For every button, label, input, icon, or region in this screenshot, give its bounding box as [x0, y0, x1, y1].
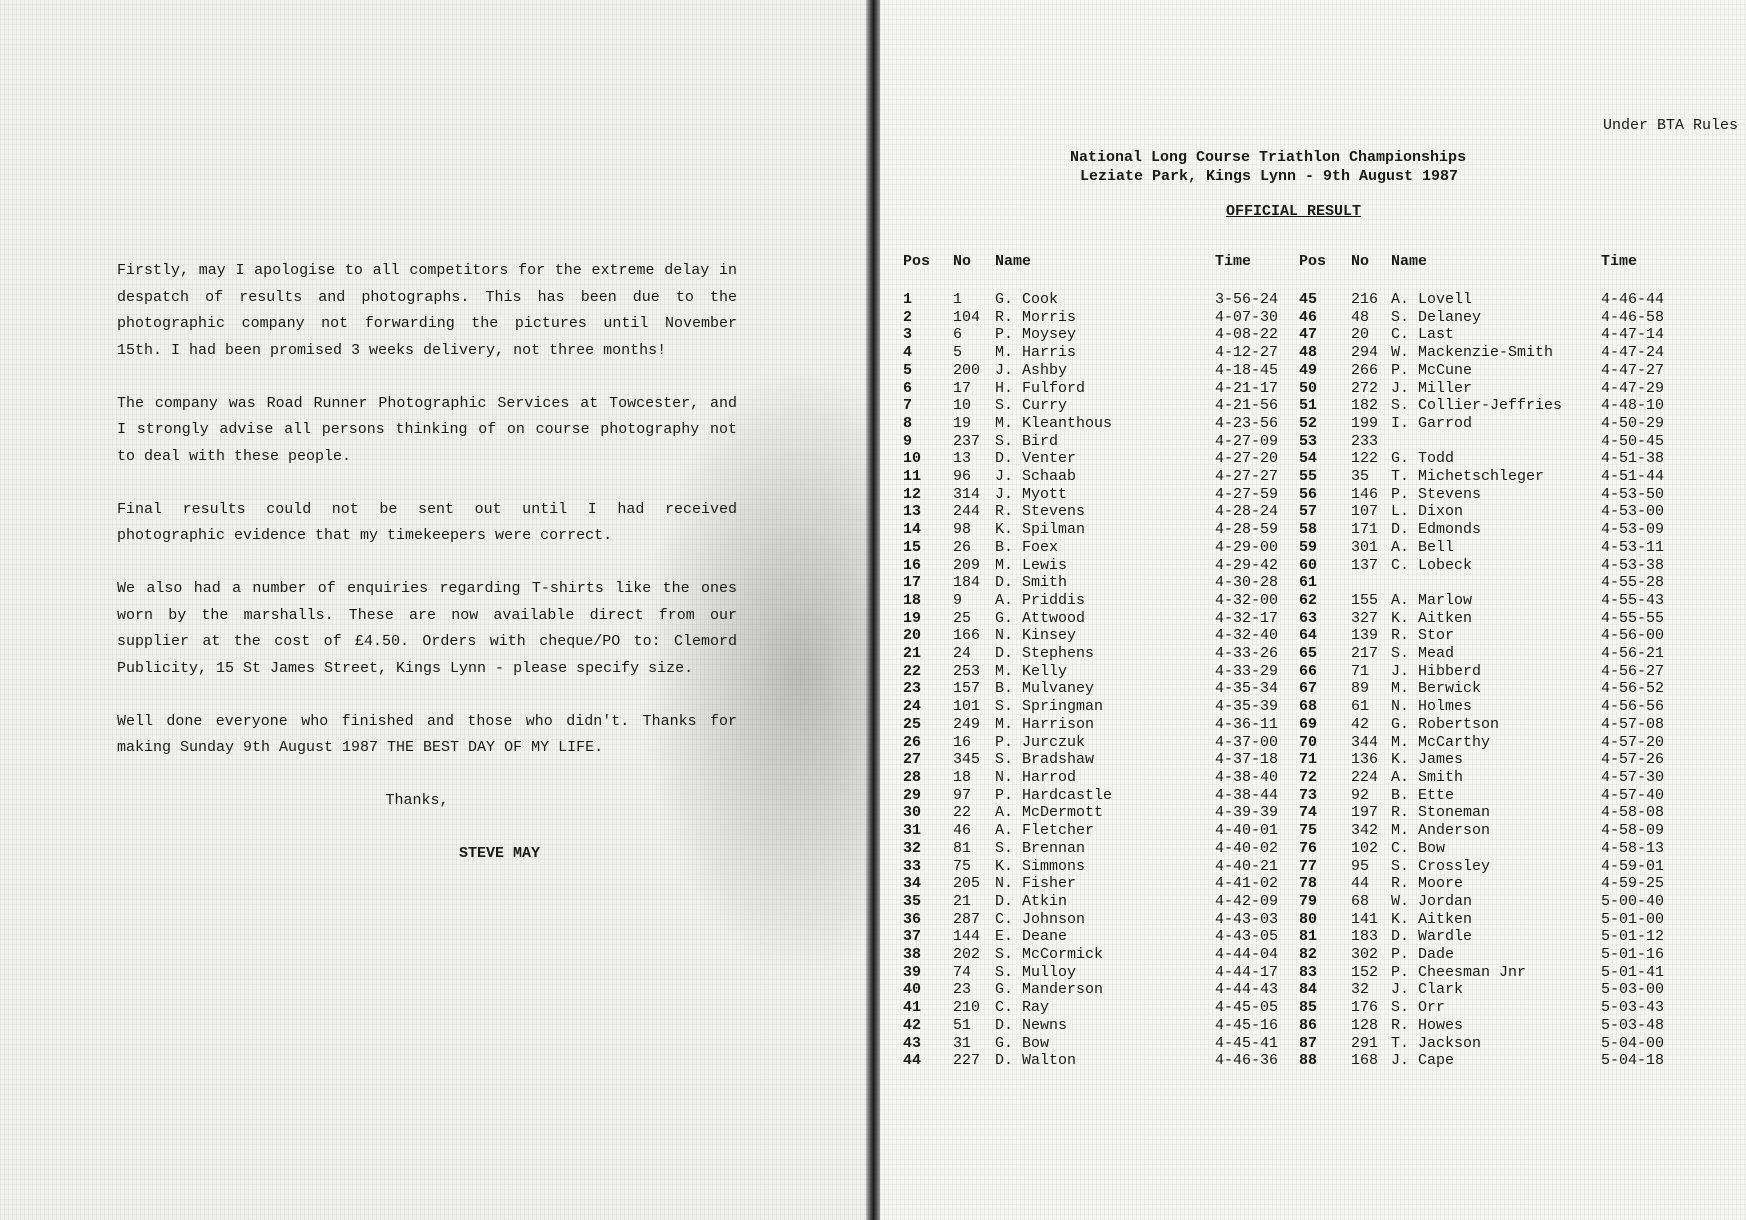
result-time: 4-37-18 [1215, 751, 1299, 769]
result-pos: 58 [1299, 521, 1351, 539]
result-pos: 5 [903, 362, 953, 380]
results-heading: National Long Course Triathlon Champions… [1070, 148, 1466, 186]
result-pos: 17 [903, 574, 953, 592]
result-time: 4-32-40 [1215, 627, 1299, 645]
result-pos: 31 [903, 822, 953, 840]
result-time: 5-01-00 [1601, 911, 1681, 929]
result-no: 75 [953, 858, 995, 876]
result-pos: 30 [903, 804, 953, 822]
result-pos: 63 [1299, 610, 1351, 628]
table-row: 13244R. Stevens4-28-2457107L. Dixon4-53-… [903, 503, 1681, 521]
table-row: 37144E. Deane4-43-0581183D. Wardle5-01-1… [903, 928, 1681, 946]
result-time: 5-00-40 [1601, 893, 1681, 911]
result-pos: 39 [903, 964, 953, 982]
result-no: 342 [1351, 822, 1391, 840]
table-row: 189A. Priddis4-32-0062155A. Marlow4-55-4… [903, 592, 1681, 610]
result-time: 5-01-41 [1601, 964, 1681, 982]
result-name: J. Ashby [995, 362, 1215, 380]
result-time: 4-35-39 [1215, 698, 1299, 716]
result-pos: 45 [1299, 291, 1351, 309]
letter-paragraph: Well done everyone who finished and thos… [117, 709, 737, 762]
result-name: E. Deane [995, 928, 1215, 946]
result-pos: 65 [1299, 645, 1351, 663]
result-time: 4-27-09 [1215, 433, 1299, 451]
result-no: 32 [1351, 981, 1391, 999]
result-name: L. Dixon [1391, 503, 1601, 521]
result-pos: 10 [903, 450, 953, 468]
table-row: 1526B. Foex4-29-0059301A. Bell4-53-11 [903, 539, 1681, 557]
result-pos: 51 [1299, 397, 1351, 415]
result-no: 48 [1351, 309, 1391, 327]
result-time: 4-57-26 [1601, 751, 1681, 769]
result-pos: 47 [1299, 326, 1351, 344]
result-time: 5-03-00 [1601, 981, 1681, 999]
result-name [1391, 574, 1601, 592]
result-no: 287 [953, 911, 995, 929]
result-no: 266 [1351, 362, 1391, 380]
result-name: S. Curry [995, 397, 1215, 415]
result-name: J. Myott [995, 486, 1215, 504]
letter-signature: STEVE MAY [117, 841, 737, 868]
result-name [1391, 433, 1601, 451]
result-no: 302 [1351, 946, 1391, 964]
result-pos: 61 [1299, 574, 1351, 592]
result-no: 98 [953, 521, 995, 539]
letter-closing: Thanks, [117, 788, 737, 815]
result-no: 42 [1351, 716, 1391, 734]
result-no: 253 [953, 663, 995, 681]
result-pos: 80 [1299, 911, 1351, 929]
result-pos: 72 [1299, 769, 1351, 787]
result-time: 4-29-42 [1215, 557, 1299, 575]
result-time: 4-42-09 [1215, 893, 1299, 911]
result-pos: 62 [1299, 592, 1351, 610]
result-name: C. Johnson [995, 911, 1215, 929]
result-pos: 68 [1299, 698, 1351, 716]
result-pos: 49 [1299, 362, 1351, 380]
result-name: M. Harrison [995, 716, 1215, 734]
result-pos: 64 [1299, 627, 1351, 645]
result-name: C. Ray [995, 999, 1215, 1017]
result-time: 4-58-08 [1601, 804, 1681, 822]
result-name: N. Harrod [995, 769, 1215, 787]
result-time: 4-37-00 [1215, 734, 1299, 752]
result-no: 209 [953, 557, 995, 575]
result-pos: 75 [1299, 822, 1351, 840]
table-row: 3146A. Fletcher4-40-0175342M. Anderson4-… [903, 822, 1681, 840]
result-no: 44 [1351, 875, 1391, 893]
result-pos: 78 [1299, 875, 1351, 893]
result-pos: 69 [1299, 716, 1351, 734]
result-no: 199 [1351, 415, 1391, 433]
result-name: D. Wardle [1391, 928, 1601, 946]
result-pos: 41 [903, 999, 953, 1017]
result-no: 301 [1351, 539, 1391, 557]
result-name: R. Stevens [995, 503, 1215, 521]
result-pos: 79 [1299, 893, 1351, 911]
table-row: 16209M. Lewis4-29-4260137C. Lobeck4-53-3… [903, 557, 1681, 575]
result-time: 4-28-24 [1215, 503, 1299, 521]
result-no: 146 [1351, 486, 1391, 504]
result-name: P. Stevens [1391, 486, 1601, 504]
result-time: 4-47-29 [1601, 380, 1681, 398]
result-name: P. Cheesman Jnr [1391, 964, 1601, 982]
table-row: 36287C. Johnson4-43-0380141K. Aitken5-01… [903, 911, 1681, 929]
table-row: 617H. Fulford4-21-1750272J. Miller4-47-2… [903, 380, 1681, 398]
result-no: 95 [1351, 858, 1391, 876]
event-title: National Long Course Triathlon Champions… [1070, 148, 1466, 167]
result-name: B. Mulvaney [995, 680, 1215, 698]
result-no: 20 [1351, 326, 1391, 344]
result-no: 237 [953, 433, 995, 451]
result-pos: 1 [903, 291, 953, 309]
result-time: 4-51-44 [1601, 468, 1681, 486]
table-row: 22253M. Kelly4-33-296671J. Hibberd4-56-2… [903, 663, 1681, 681]
result-name: A. Lovell [1391, 291, 1601, 309]
result-name: S. Bird [995, 433, 1215, 451]
result-name: S. Collier-Jeffries [1391, 397, 1601, 415]
result-pos: 23 [903, 680, 953, 698]
table-row: 2997P. Hardcastle4-38-447392B. Ette4-57-… [903, 787, 1681, 805]
result-name: A. Smith [1391, 769, 1601, 787]
result-pos: 81 [1299, 928, 1351, 946]
col-no: No [1351, 253, 1391, 291]
result-pos: 36 [903, 911, 953, 929]
result-time: 4-45-16 [1215, 1017, 1299, 1035]
result-time: 4-21-56 [1215, 397, 1299, 415]
result-name: R. Morris [995, 309, 1215, 327]
result-pos: 14 [903, 521, 953, 539]
result-name: J. Schaab [995, 468, 1215, 486]
result-time: 4-56-56 [1601, 698, 1681, 716]
result-no: 182 [1351, 397, 1391, 415]
result-name: D. Atkin [995, 893, 1215, 911]
result-time: 4-41-02 [1215, 875, 1299, 893]
result-time: 4-56-21 [1601, 645, 1681, 663]
result-time: 4-08-22 [1215, 326, 1299, 344]
result-name: I. Garrod [1391, 415, 1601, 433]
table-row: 1196J. Schaab4-27-275535T. Michetschlege… [903, 468, 1681, 486]
result-no: 344 [1351, 734, 1391, 752]
result-no: 217 [1351, 645, 1391, 663]
result-time: 5-04-18 [1601, 1052, 1681, 1070]
result-name: A. Priddis [995, 592, 1215, 610]
table-row: 3281S. Brennan4-40-0276102C. Bow4-58-13 [903, 840, 1681, 858]
result-no: 68 [1351, 893, 1391, 911]
result-time: 4-40-21 [1215, 858, 1299, 876]
result-time: 4-33-29 [1215, 663, 1299, 681]
result-time: 4-46-36 [1215, 1052, 1299, 1070]
result-no: 291 [1351, 1035, 1391, 1053]
result-no: 227 [953, 1052, 995, 1070]
result-time: 4-51-38 [1601, 450, 1681, 468]
result-no: 183 [1351, 928, 1391, 946]
result-pos: 6 [903, 380, 953, 398]
result-no: 71 [1351, 663, 1391, 681]
result-pos: 84 [1299, 981, 1351, 999]
col-time: Time [1601, 253, 1681, 291]
result-no: 51 [953, 1017, 995, 1035]
result-pos: 44 [903, 1052, 953, 1070]
result-pos: 4 [903, 344, 953, 362]
result-no: 249 [953, 716, 995, 734]
result-name: R. Stoneman [1391, 804, 1601, 822]
result-name: T. Michetschleger [1391, 468, 1601, 486]
table-row: 3521D. Atkin4-42-097968W. Jordan5-00-40 [903, 893, 1681, 911]
result-name: M. McCarthy [1391, 734, 1601, 752]
result-time: 4-53-11 [1601, 539, 1681, 557]
letter-paragraph: We also had a number of enquiries regard… [117, 576, 737, 682]
result-pos: 11 [903, 468, 953, 486]
table-row: 2104R. Morris4-07-304648S. Delaney4-46-5… [903, 309, 1681, 327]
result-time: 4-40-02 [1215, 840, 1299, 858]
result-name: G. Cook [995, 291, 1215, 309]
table-row: 12314J. Myott4-27-5956146P. Stevens4-53-… [903, 486, 1681, 504]
result-pos: 57 [1299, 503, 1351, 521]
table-row: 3375K. Simmons4-40-217795S. Crossley4-59… [903, 858, 1681, 876]
letter-paragraph: The company was Road Runner Photographic… [117, 391, 737, 471]
result-pos: 32 [903, 840, 953, 858]
table-row: 4251D. Newns4-45-1686128R. Howes5-03-48 [903, 1017, 1681, 1035]
table-row: 23157B. Mulvaney4-35-346789M. Berwick4-5… [903, 680, 1681, 698]
result-time: 4-45-05 [1215, 999, 1299, 1017]
result-time: 4-45-41 [1215, 1035, 1299, 1053]
result-pos: 12 [903, 486, 953, 504]
result-no: 244 [953, 503, 995, 521]
rules-note: Under BTA Rules [1603, 117, 1738, 134]
apology-letter: Firstly, may I apologise to all competit… [117, 258, 737, 867]
result-no: 139 [1351, 627, 1391, 645]
result-time: 5-03-48 [1601, 1017, 1681, 1035]
result-name: B. Ette [1391, 787, 1601, 805]
result-pos: 24 [903, 698, 953, 716]
result-name: M. Kelly [995, 663, 1215, 681]
result-pos: 22 [903, 663, 953, 681]
result-time: 4-46-58 [1601, 309, 1681, 327]
result-name: M. Kleanthous [995, 415, 1215, 433]
result-no: 314 [953, 486, 995, 504]
table-row: 11G. Cook3-56-2445216A. Lovell4-46-44 [903, 291, 1681, 309]
result-no: 345 [953, 751, 995, 769]
result-time: 4-53-50 [1601, 486, 1681, 504]
result-no: 5 [953, 344, 995, 362]
results-body: 11G. Cook3-56-2445216A. Lovell4-46-44210… [903, 291, 1681, 1070]
result-no: 216 [1351, 291, 1391, 309]
result-time: 4-57-08 [1601, 716, 1681, 734]
table-row: 25249M. Harrison4-36-116942G. Robertson4… [903, 716, 1681, 734]
result-time: 4-47-14 [1601, 326, 1681, 344]
result-pos: 53 [1299, 433, 1351, 451]
result-name: R. Stor [1391, 627, 1601, 645]
result-name: S. Delaney [1391, 309, 1601, 327]
table-row: 44227D. Walton4-46-3688168J. Cape5-04-18 [903, 1052, 1681, 1070]
result-no: 9 [953, 592, 995, 610]
result-time: 4-56-27 [1601, 663, 1681, 681]
results-header-row: Pos No Name Time Pos No Name Time [903, 253, 1681, 291]
result-pos: 34 [903, 875, 953, 893]
result-no: 136 [1351, 751, 1391, 769]
result-no: 141 [1351, 911, 1391, 929]
result-name: D. Edmonds [1391, 521, 1601, 539]
result-name: P. Dade [1391, 946, 1601, 964]
result-pos: 35 [903, 893, 953, 911]
result-name: P. McCune [1391, 362, 1601, 380]
table-row: 710S. Curry4-21-5651182S. Collier-Jeffri… [903, 397, 1681, 415]
result-time: 4-53-09 [1601, 521, 1681, 539]
result-no: 104 [953, 309, 995, 327]
result-name: S. Bradshaw [995, 751, 1215, 769]
result-name: K. Aitken [1391, 610, 1601, 628]
result-name: A. Marlow [1391, 592, 1601, 610]
result-name: K. Spilman [995, 521, 1215, 539]
col-pos: Pos [1299, 253, 1351, 291]
result-pos: 26 [903, 734, 953, 752]
result-name: J. Miller [1391, 380, 1601, 398]
result-no: 31 [953, 1035, 995, 1053]
result-name: D. Walton [995, 1052, 1215, 1070]
result-name: D. Smith [995, 574, 1215, 592]
result-name: A. McDermott [995, 804, 1215, 822]
table-row: 4331G. Bow4-45-4187291T. Jackson5-04-00 [903, 1035, 1681, 1053]
table-row: 34205N. Fisher4-41-027844R. Moore4-59-25 [903, 875, 1681, 893]
result-pos: 8 [903, 415, 953, 433]
result-no: 152 [1351, 964, 1391, 982]
result-name: C. Bow [1391, 840, 1601, 858]
result-no: 92 [1351, 787, 1391, 805]
result-time: 4-53-00 [1601, 503, 1681, 521]
result-name: H. Fulford [995, 380, 1215, 398]
result-time: 4-43-05 [1215, 928, 1299, 946]
result-name: G. Robertson [1391, 716, 1601, 734]
result-time: 4-59-01 [1601, 858, 1681, 876]
result-no: 18 [953, 769, 995, 787]
result-time: 4-27-20 [1215, 450, 1299, 468]
result-no: 157 [953, 680, 995, 698]
result-no: 233 [1351, 433, 1391, 451]
result-no: 176 [1351, 999, 1391, 1017]
table-row: 2124D. Stephens4-33-2665217S. Mead4-56-2… [903, 645, 1681, 663]
result-name: N. Kinsey [995, 627, 1215, 645]
result-pos: 74 [1299, 804, 1351, 822]
result-pos: 15 [903, 539, 953, 557]
result-no: 294 [1351, 344, 1391, 362]
result-pos: 56 [1299, 486, 1351, 504]
result-pos: 82 [1299, 946, 1351, 964]
result-name: K. James [1391, 751, 1601, 769]
result-name: S. Mead [1391, 645, 1601, 663]
result-no: 197 [1351, 804, 1391, 822]
result-time: 4-48-10 [1601, 397, 1681, 415]
result-no: 16 [953, 734, 995, 752]
result-time: 4-33-26 [1215, 645, 1299, 663]
result-time: 4-12-27 [1215, 344, 1299, 362]
result-no: 122 [1351, 450, 1391, 468]
table-row: 27345S. Bradshaw4-37-1871136K. James4-57… [903, 751, 1681, 769]
result-time: 4-44-04 [1215, 946, 1299, 964]
result-pos: 66 [1299, 663, 1351, 681]
result-no: 128 [1351, 1017, 1391, 1035]
result-pos: 25 [903, 716, 953, 734]
result-name: D. Stephens [995, 645, 1215, 663]
result-no: 210 [953, 999, 995, 1017]
result-pos: 85 [1299, 999, 1351, 1017]
table-row: 819M. Kleanthous4-23-5652199I. Garrod4-5… [903, 415, 1681, 433]
result-no: 23 [953, 981, 995, 999]
result-time: 4-58-13 [1601, 840, 1681, 858]
table-row: 1498K. Spilman4-28-5958171D. Edmonds4-53… [903, 521, 1681, 539]
result-no: 13 [953, 450, 995, 468]
result-name: P. Jurczuk [995, 734, 1215, 752]
result-name: P. Moysey [995, 326, 1215, 344]
result-pos: 3 [903, 326, 953, 344]
result-name: S. Orr [1391, 999, 1601, 1017]
result-pos: 50 [1299, 380, 1351, 398]
result-time: 4-32-00 [1215, 592, 1299, 610]
result-time: 5-01-16 [1601, 946, 1681, 964]
result-name: C. Last [1391, 326, 1601, 344]
result-no: 202 [953, 946, 995, 964]
result-name: N. Fisher [995, 875, 1215, 893]
result-pos: 71 [1299, 751, 1351, 769]
result-no: 168 [1351, 1052, 1391, 1070]
result-no: 22 [953, 804, 995, 822]
result-name: G. Bow [995, 1035, 1215, 1053]
result-time: 4-27-59 [1215, 486, 1299, 504]
table-row: 41210C. Ray4-45-0585176S. Orr5-03-43 [903, 999, 1681, 1017]
result-time: 3-56-24 [1215, 291, 1299, 309]
result-no: 184 [953, 574, 995, 592]
result-no: 102 [1351, 840, 1391, 858]
result-no: 171 [1351, 521, 1391, 539]
result-time: 4-38-40 [1215, 769, 1299, 787]
result-time: 4-21-17 [1215, 380, 1299, 398]
result-pos: 77 [1299, 858, 1351, 876]
table-row: 1925G. Attwood4-32-1763327K. Aitken4-55-… [903, 610, 1681, 628]
result-pos: 76 [1299, 840, 1351, 858]
result-pos: 88 [1299, 1052, 1351, 1070]
col-no: No [953, 253, 995, 291]
result-pos: 54 [1299, 450, 1351, 468]
result-name: W. Mackenzie-Smith [1391, 344, 1601, 362]
result-no: 96 [953, 468, 995, 486]
col-time: Time [1215, 253, 1299, 291]
table-row: 9237S. Bird4-27-09532334-50-45 [903, 433, 1681, 451]
result-no: 21 [953, 893, 995, 911]
table-row: 3022A. McDermott4-39-3974197R. Stoneman4… [903, 804, 1681, 822]
result-name: D. Newns [995, 1017, 1215, 1035]
result-name: N. Holmes [1391, 698, 1601, 716]
result-name: W. Jordan [1391, 893, 1601, 911]
result-no: 74 [953, 964, 995, 982]
table-row: 24101S. Springman4-35-396861N. Holmes4-5… [903, 698, 1681, 716]
result-time: 4-30-28 [1215, 574, 1299, 592]
result-name: A. Fletcher [995, 822, 1215, 840]
result-no [1351, 574, 1391, 592]
result-name: J. Clark [1391, 981, 1601, 999]
result-pos: 46 [1299, 309, 1351, 327]
result-time: 4-18-45 [1215, 362, 1299, 380]
result-time: 4-29-00 [1215, 539, 1299, 557]
result-time: 4-23-56 [1215, 415, 1299, 433]
result-time: 4-44-43 [1215, 981, 1299, 999]
result-pos: 27 [903, 751, 953, 769]
result-pos: 67 [1299, 680, 1351, 698]
table-row: 5200J. Ashby4-18-4549266P. McCune4-47-27 [903, 362, 1681, 380]
result-name: M. Lewis [995, 557, 1215, 575]
result-time: 4-56-52 [1601, 680, 1681, 698]
result-time: 4-36-11 [1215, 716, 1299, 734]
result-no: 200 [953, 362, 995, 380]
